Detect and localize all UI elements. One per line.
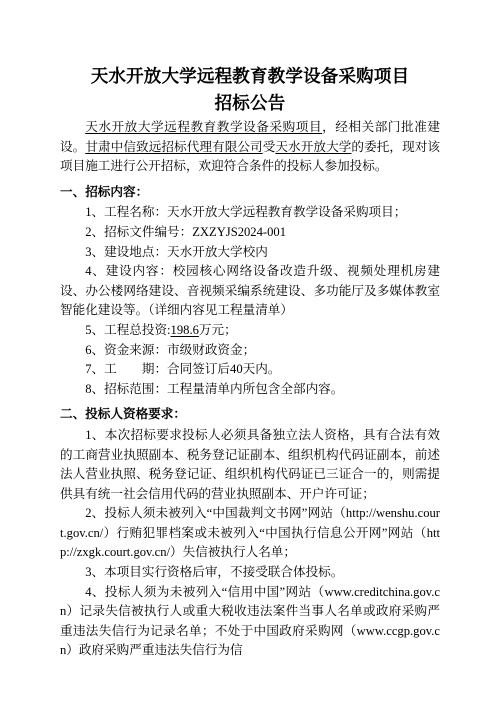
s1-item-5: 5、工程总投资:198.6万元； [60,321,440,341]
s1-item-8: 8、招标范围：工程量清单内所包含全部内容。 [60,380,440,400]
s1-item-3: 3、建设地点：天水开放大学校内 [60,243,440,263]
s2-item-3: 3、本项目实行资格后审，不接受联合体投标。 [60,563,440,583]
investment-unit: 万元； [199,323,237,337]
doc-title-line2: 招标公告 [60,90,440,117]
s1-item-1: 1、工程名称：天水开放大学远程教育教学设备采购项目； [60,203,440,223]
s1-item-2: 2、招标文件编号：ZXZYJS2024-001 [60,223,440,243]
doc-title: 天水开放大学远程教育教学设备采购项目 招标公告 [60,63,440,117]
s1-item-7: 7、工 期：合同签订后40天内。 [60,360,440,380]
intro-paragraph: 天水开放大学远程教育教学设备采购项目，经相关部门批准建设。甘肃中信致远招标代理有… [60,118,440,177]
s1-item-6: 6、资金来源：市级财政资金； [60,341,440,361]
s2-item-1: 1、本次招标要求投标人必须具备独立法人资格，具有合法有效的工商营业执照副本、税务… [60,426,440,504]
document-page: 天水开放大学远程教育教学设备采购项目 招标公告 天水开放大学远程教育教学设备采购… [0,0,500,706]
doc-title-line1: 天水开放大学远程教育教学设备采购项目 [60,63,440,90]
section2-heading: 二、投标人资格要求： [60,405,440,425]
investment-label: 5、工程总投资: [85,323,170,337]
doc-body: 天水开放大学远程教育教学设备采购项目，经相关部门批准建设。甘肃中信致远招标代理有… [60,118,440,661]
investment-amount: 198.6 [171,323,199,337]
s1-item-4: 4、建设内容：校园核心网络设备改造升级、视频处理机房建设、办公楼网络建设、音视频… [60,262,440,321]
intro-text-2: 受 [263,140,276,154]
agency-name-underlined: 甘肃中信致远招标代理有限公司 [85,140,262,154]
s2-item-4: 4、投标人须为未被列入“信用中国”网站（www.creditchina.gov.… [60,583,440,661]
owner-name-underlined: 天水开放大学 [275,140,351,154]
project-name-underlined: 天水开放大学远程教育教学设备采购项目 [85,120,322,134]
s2-item-2: 2、投标人须未被列入“中国裁判文书网”网站（http://wenshu.cour… [60,504,440,563]
section1-heading: 一、招标内容： [60,183,440,203]
